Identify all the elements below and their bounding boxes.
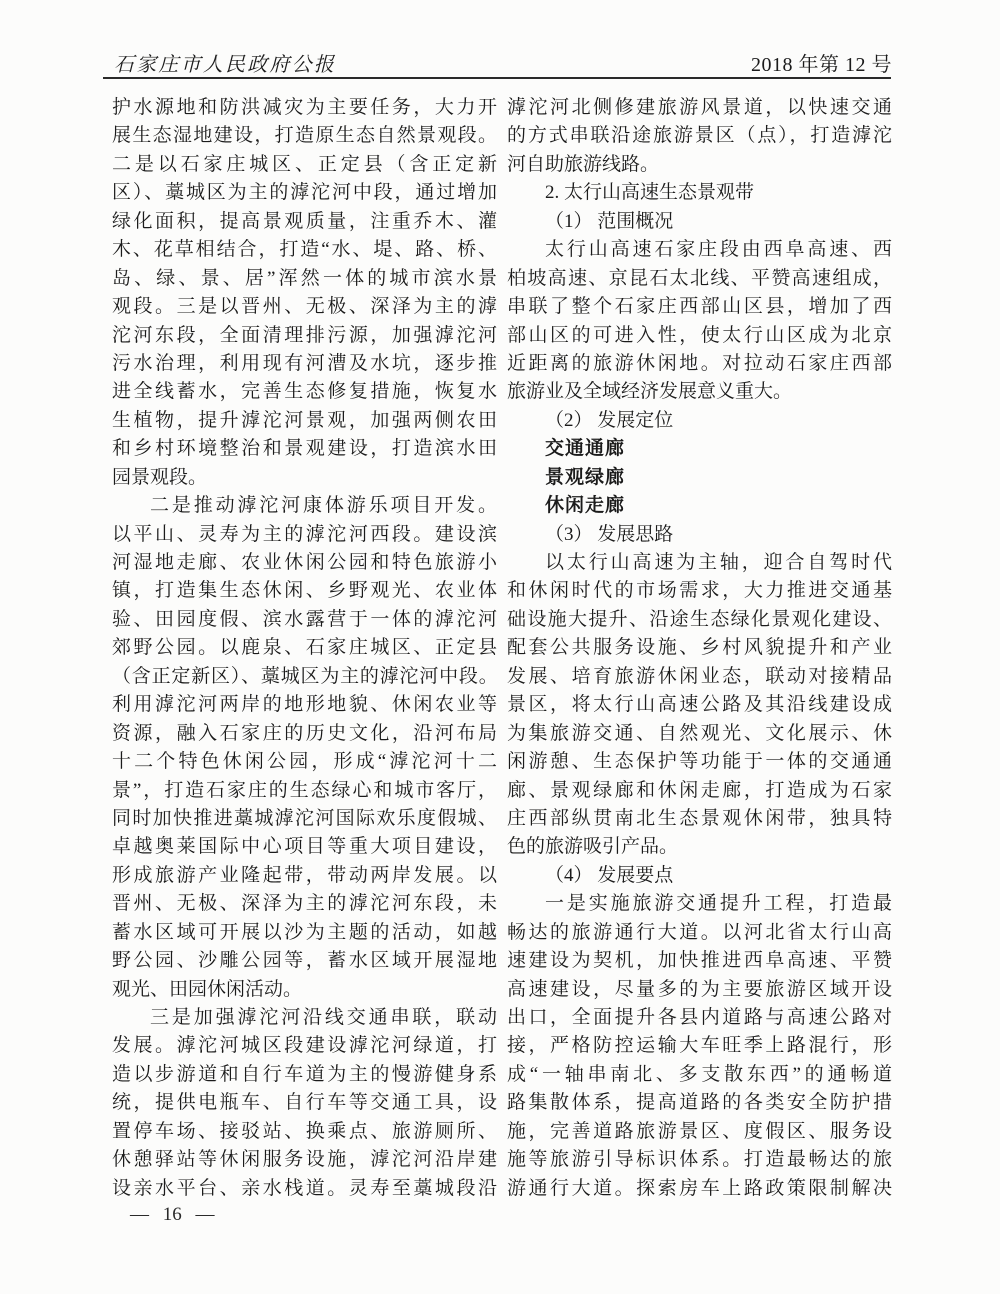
text-line: 速建设为契机，加快推进西阜高速、平赞 [507, 947, 892, 975]
text-line: 畅达的旅游通行大道。以河北省太行山高 [507, 919, 892, 947]
text-line: 为集旅游交通、自然观光、文化展示、休 [507, 720, 892, 748]
text-line: 镇，打造集生态休闲、乡野观光、农业体 [112, 577, 497, 605]
text-line: 配套公共服务设施、乡村风貌提升和产业 [507, 634, 892, 662]
text-line: 二是推动滹沱河康体游乐项目开发。 [112, 492, 497, 520]
text-line: 近距离的旅游休闲地。对拉动石家庄西部 [507, 350, 892, 378]
text-line: 景”，打造石家庄的生态绿心和城市客厅， [112, 777, 497, 805]
text-line: 展生态湿地建设，打造原生态自然景观段。 [112, 122, 497, 150]
text-line: 滹沱河北侧修建旅游风景道，以快速交通 [507, 94, 892, 122]
text-line: （3） 发展思路 [507, 521, 892, 549]
text-line: 验、田园度假、滨水露营于一体的滹沱河 [112, 606, 497, 634]
text-line: 休憩驿站等休闲服务设施，滹沱河沿岸建 [112, 1146, 497, 1174]
text-line: 休闲走廊 [507, 492, 892, 520]
text-line: 晋州、无极、深泽为主的滹沱河东段，未 [112, 890, 497, 918]
issue-number: 2018 年第 12 号 [751, 53, 892, 77]
text-line: 造以步游道和自行车道为主的慢游健身系 [112, 1061, 497, 1089]
text-line: 成“一轴串南北、多支散东西”的通畅道 [507, 1061, 892, 1089]
text-line: 进全线蓄水，完善生态修复措施，恢复水 [112, 378, 497, 406]
text-line: 路集散体系，提高道路的各类安全防护措 [507, 1089, 892, 1117]
text-line: 木、花草相结合，打造“水、堤、路、桥、 [112, 236, 497, 264]
gazette-title: 石家庄市人民政府公报 [114, 53, 336, 77]
text-line: 接，严格防控运输大车旺季上路混行，形 [507, 1032, 892, 1060]
text-line: （1） 范围概况 [507, 208, 892, 236]
text-line: 庄西部纵贯南北生态景观休闲带，独具特 [507, 805, 892, 833]
text-line: 和乡村环境整治和景观建设，打造滨水田 [112, 435, 497, 463]
document-page: 石家庄市人民政府公报 2018 年第 12 号 护水源地和防洪减灾为主要任务，大… [0, 0, 1000, 1294]
text-line: 以太行山高速为主轴，迎合自驾时代 [507, 549, 892, 577]
text-line: 统，提供电瓶车、自行车等交通工具，设 [112, 1089, 497, 1117]
text-line: 柏坡高速、京昆石太北线、平赞高速组成， [507, 265, 892, 293]
text-line: 发展。滹沱河城区段建设滹沱河绿道，打 [112, 1032, 497, 1060]
text-line: 置停车场、接驳站、换乘点、旅游厕所、 [112, 1118, 497, 1146]
page-header: 石家庄市人民政府公报 2018 年第 12 号 [114, 53, 892, 77]
text-line: 施，完善道路旅游景区、度假区、服务设 [507, 1118, 892, 1146]
text-line: 绿化面积，提高景观质量，注重乔木、灌 [112, 208, 497, 236]
text-line: 同时加快推进藁城滹沱河国际欢乐度假城、 [112, 805, 497, 833]
text-line: 蓄水区域可开展以沙为主题的活动，如越 [112, 919, 497, 947]
text-line: 沱河东段，全面清理排污源，加强滹沱河 [112, 322, 497, 350]
text-line: 太行山高速石家庄段由西阜高速、西 [507, 236, 892, 264]
text-line: 形成旅游产业隆起带，带动两岸发展。以 [112, 862, 497, 890]
text-line: 以平山、灵寿为主的滹沱河西段。建设滨 [112, 521, 497, 549]
text-line: 景区，将太行山高速公路及其沿线建设成 [507, 691, 892, 719]
text-line: 交通通廊 [507, 435, 892, 463]
text-line: 出口，全面提升各县内道路与高速公路对 [507, 1004, 892, 1032]
header-divider [103, 77, 891, 79]
text-line: 河湿地走廊、农业休闲公园和特色旅游小 [112, 549, 497, 577]
text-line: 河自助旅游线路。 [507, 151, 892, 179]
text-line: 发展、培育旅游休闲业态，联动对接精品 [507, 663, 892, 691]
text-line: 设亲水平台、亲水栈道。灵寿至藁城段沿 [112, 1175, 497, 1203]
text-line: 岛、绿、景、居”浑然一体的城市滨水景 [112, 265, 497, 293]
left-column: 护水源地和防洪减灾为主要任务，大力开展生态湿地建设，打造原生态自然景观段。二是以… [112, 94, 497, 1203]
text-line: 二是以石家庄城区、正定县（含正定新 [112, 151, 497, 179]
right-column: 滹沱河北侧修建旅游风景道，以快速交通的方式串联沿途旅游景区（点），打造滹沱河自助… [507, 94, 892, 1203]
text-line: 游通行大道。探索房车上路政策限制解决 [507, 1175, 892, 1203]
text-line: 2. 太行山高速生态景观带 [507, 179, 892, 207]
text-line: （2） 发展定位 [507, 407, 892, 435]
text-line: 高速建设，尽量多的为主要旅游区域开设 [507, 976, 892, 1004]
text-line: （含正定新区）、藁城区为主的滹沱河中段。 [112, 663, 497, 691]
text-line: 郊野公园。以鹿泉、石家庄城区、正定县 [112, 634, 497, 662]
page-number: — 16 — [130, 1201, 215, 1229]
text-line: 污水治理，利用现有河漕及水坑，逐步推 [112, 350, 497, 378]
text-line: 十二个特色休闲公园，形成“滹沱河十二 [112, 748, 497, 776]
text-line: 的方式串联沿途旅游景区（点），打造滹沱 [507, 122, 892, 150]
text-line: 旅游业及全域经济发展意义重大。 [507, 378, 892, 406]
text-line: 野公园、沙雕公园等，蓄水区域开展湿地 [112, 947, 497, 975]
text-line: 施等旅游引导标识体系。打造最畅达的旅 [507, 1146, 892, 1174]
text-line: 一是实施旅游交通提升工程，打造最 [507, 890, 892, 918]
text-line: 观段。三是以晋州、无极、深泽为主的滹 [112, 293, 497, 321]
text-line: 础设施大提升、沿途生态绿化景观化建设、 [507, 606, 892, 634]
text-line: 园景观段。 [112, 464, 497, 492]
text-line: 区）、藁城区为主的滹沱河中段，通过增加 [112, 179, 497, 207]
text-line: 卓越奥莱国际中心项目等重大项目建设， [112, 833, 497, 861]
text-line: 景观绿廊 [507, 464, 892, 492]
text-line: 色的旅游吸引产品。 [507, 833, 892, 861]
text-line: 闲游憩、生态保护等功能于一体的交通通 [507, 748, 892, 776]
text-line: 利用滹沱河两岸的地形地貌、休闲农业等 [112, 691, 497, 719]
text-line: 观光、田园休闲活动。 [112, 976, 497, 1004]
text-line: 廊、景观绿廊和休闲走廊，打造成为石家 [507, 777, 892, 805]
text-line: 三是加强滹沱河沿线交通串联，联动 [112, 1004, 497, 1032]
text-line: 和休闲时代的市场需求，大力推进交通基 [507, 577, 892, 605]
page-body: 护水源地和防洪减灾为主要任务，大力开展生态湿地建设，打造原生态自然景观段。二是以… [112, 94, 892, 1203]
text-line: （4） 发展要点 [507, 862, 892, 890]
text-line: 生植物，提升滹沱河景观，加强两侧农田 [112, 407, 497, 435]
text-line: 串联了整个石家庄西部山区县，增加了西 [507, 293, 892, 321]
text-line: 资源，融入石家庄的历史文化，沿河布局 [112, 720, 497, 748]
text-line: 护水源地和防洪减灾为主要任务，大力开 [112, 94, 497, 122]
text-line: 部山区的可进入性，使太行山区成为北京 [507, 322, 892, 350]
